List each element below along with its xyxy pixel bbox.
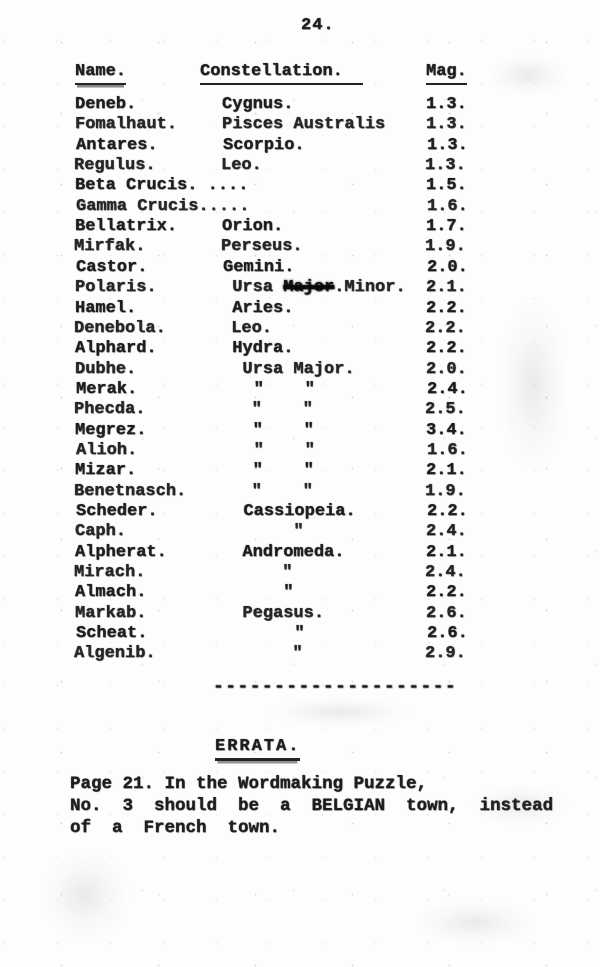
star-name-cell: Almach. xyxy=(75,583,146,602)
magnitude-cell: 1.9. xyxy=(425,237,466,256)
star-name-cell: Alioh. xyxy=(76,441,137,460)
star-name-cell: Mirfak. xyxy=(74,237,145,256)
constellation-cell: Pisces Australis xyxy=(222,115,385,134)
table-row: Denebola. Leo.2.2. xyxy=(0,319,599,340)
star-name-cell: Merak. xyxy=(76,380,137,399)
errata-paragraph: Page 21. In the Wordmaking Puzzle, No. 3… xyxy=(70,773,553,839)
constellation-cell: Scorpio. xyxy=(223,136,305,155)
errata-line: No. 3 should be a BELGIAN town, instead xyxy=(70,795,553,817)
magnitude-cell: 2.2. xyxy=(427,502,468,521)
table-row: Regulus.Leo.1.3. xyxy=(0,156,599,177)
star-name-cell: Megrez. xyxy=(75,421,146,440)
star-name-cell: Algenib. xyxy=(74,644,156,663)
dashed-divider: -------------------- xyxy=(213,677,457,697)
magnitude-cell: 1.7. xyxy=(426,217,467,236)
star-name-cell: Scheder. xyxy=(76,502,158,521)
constellation-cell: " xyxy=(221,644,303,663)
star-name-cell: Scheat. xyxy=(76,624,147,643)
magnitude-cell: 1.5. xyxy=(426,176,467,195)
magnitude-cell: 2.4. xyxy=(426,522,467,541)
star-name-cell: Caph. xyxy=(75,522,126,541)
table-row: Phecda. " "2.5. xyxy=(0,400,599,421)
table-row: Dubhe. Ursa Major.2.0. xyxy=(0,360,600,381)
table-row: Almach. "2.2. xyxy=(0,583,600,604)
constellation-cell: Andromeda. xyxy=(222,543,344,562)
magnitude-cell: 2.1. xyxy=(426,543,467,562)
magnitude-cell: 2.6. xyxy=(427,624,468,643)
table-row: Alioh. " "1.6. xyxy=(1,441,600,462)
table-row: Mirfak.Perseus.1.9. xyxy=(0,237,599,258)
star-name-cell: Denebola. xyxy=(74,319,166,338)
column-header-constellation: Constellation. xyxy=(200,62,363,85)
magnitude-cell: 2.4. xyxy=(427,380,468,399)
table-row: Merak. " "2.4. xyxy=(1,380,600,401)
column-header-mag: Mag. xyxy=(426,62,467,85)
constellation-cell: " " xyxy=(222,421,314,440)
magnitude-cell: 1.6. xyxy=(427,441,468,460)
table-row: Mizar. " "2.1. xyxy=(0,461,600,482)
constellation-cell: Ursa Major.Minor. xyxy=(222,278,406,297)
table-row: Castor.Gemini.2.0. xyxy=(1,258,600,279)
star-name-cell: Bellatrix. xyxy=(75,217,177,236)
constellation-cell: " " xyxy=(221,482,313,501)
table-row: Mirach. "2.4. xyxy=(0,563,599,584)
constellation-cell: Aries. xyxy=(222,299,293,318)
constellation-cell: " xyxy=(221,563,292,582)
magnitude-cell: 1.6. xyxy=(427,197,468,216)
table-row: Alpherat. Andromeda.2.1. xyxy=(0,543,600,564)
star-name-cell: Hamel. xyxy=(75,299,136,318)
star-name-cell: Benetnasch. xyxy=(74,482,186,501)
page-number: 24. xyxy=(301,16,335,35)
star-name-cell: Phecda. xyxy=(74,400,145,419)
table-row: Beta Crucis. ....1.5. xyxy=(0,176,600,197)
magnitude-cell: 1.9. xyxy=(425,482,466,501)
errata-line: Page 21. In the Wordmaking Puzzle, xyxy=(70,773,553,795)
table-row: Algenib. "2.9. xyxy=(0,644,599,665)
table-row: Hamel. Aries.2.2. xyxy=(0,299,600,320)
star-name-cell: Mirach. xyxy=(74,563,145,582)
struck-out-text: Major xyxy=(283,278,334,297)
constellation-cell: Cassiopeia. xyxy=(223,502,356,521)
magnitude-cell: 1.3. xyxy=(426,115,467,134)
table-row: Gamma Crucis.....1.6. xyxy=(1,197,600,218)
table-row: Fomalhaut.Pisces Australis1.3. xyxy=(0,115,600,136)
star-name-cell: Alpherat. xyxy=(75,543,167,562)
table-row: Polaris. Ursa Major.Minor.2.1. xyxy=(0,278,600,299)
constellation-cell: " " xyxy=(223,441,315,460)
table-row: Benetnasch. " "1.9. xyxy=(0,482,599,503)
constellation-cell: " xyxy=(223,624,305,643)
magnitude-cell: 2.2. xyxy=(425,319,466,338)
table-row: Alphard. Hydra.2.2. xyxy=(0,339,600,360)
table-row: Megrez. " "3.4. xyxy=(0,421,600,442)
magnitude-cell: 2.1. xyxy=(426,461,467,480)
constellation-cell: Ursa Major. xyxy=(222,360,355,379)
column-header-name: Name. xyxy=(75,62,126,85)
magnitude-cell: 2.6. xyxy=(426,604,467,623)
magnitude-cell: 2.2. xyxy=(426,583,467,602)
constellation-cell: " xyxy=(222,522,304,541)
star-name-cell: Regulus. xyxy=(74,156,156,175)
constellation-cell: Perseus. xyxy=(221,237,303,256)
star-name-cell: Mizar. xyxy=(75,461,136,480)
star-name-cell: Markab. xyxy=(75,604,146,623)
magnitude-cell: 2.2. xyxy=(426,299,467,318)
star-name-cell: Antares. xyxy=(76,136,158,155)
constellation-cell: Leo. xyxy=(221,156,262,175)
constellation-cell: " xyxy=(222,583,293,602)
constellation-text: .Minor. xyxy=(334,278,405,297)
table-row: Markab. Pegasus.2.6. xyxy=(0,604,600,625)
constellation-cell: " " xyxy=(223,380,315,399)
errata-line: of a French town. xyxy=(70,817,553,839)
table-row: Caph. "2.4. xyxy=(0,522,600,543)
constellation-cell: Orion. xyxy=(222,217,283,236)
magnitude-cell: 1.3. xyxy=(425,156,466,175)
magnitude-cell: 2.4. xyxy=(425,563,466,582)
constellation-cell: " " xyxy=(221,400,313,419)
magnitude-cell: 1.3. xyxy=(426,95,467,114)
scan-smudge xyxy=(40,850,130,940)
constellation-cell: Leo. xyxy=(221,319,272,338)
magnitude-cell: 1.3. xyxy=(427,136,468,155)
magnitude-cell: 3.4. xyxy=(426,421,467,440)
magnitude-cell: 2.5. xyxy=(425,400,466,419)
magnitude-cell: 2.0. xyxy=(427,258,468,277)
scan-smudge xyxy=(415,900,535,945)
constellation-cell: Pegasus. xyxy=(222,604,324,623)
magnitude-cell: 2.1. xyxy=(426,278,467,297)
star-name-cell: Alphard. xyxy=(75,339,157,358)
constellation-cell: Gemini. xyxy=(223,258,294,277)
table-row: Bellatrix.Orion.1.7. xyxy=(0,217,600,238)
star-name-cell: Dubhe. xyxy=(75,360,136,379)
constellation-cell: Hydra. xyxy=(222,339,293,358)
magnitude-cell: 2.0. xyxy=(426,360,467,379)
star-name-cell: Polaris. xyxy=(75,278,157,297)
table-row: Antares.Scorpio.1.3. xyxy=(1,136,600,157)
table-header-row: Name. Constellation. Mag. xyxy=(0,62,600,86)
magnitude-cell: 2.2. xyxy=(426,339,467,358)
table-row: Scheat. "2.6. xyxy=(1,624,600,645)
table-row: Deneb.Cygnus.1.3. xyxy=(0,95,600,116)
star-name-cell: Deneb. xyxy=(75,95,136,114)
constellation-cell: Cygnus. xyxy=(222,95,293,114)
constellation-text: Ursa xyxy=(222,278,283,297)
star-name-cell: Gamma Crucis..... xyxy=(76,197,249,216)
scan-smudge xyxy=(270,698,410,726)
star-name-cell: Fomalhaut. xyxy=(75,115,177,134)
errata-heading: ERRATA. xyxy=(215,737,300,761)
constellation-cell: " " xyxy=(222,461,314,480)
star-name-cell: Castor. xyxy=(76,258,147,277)
table-row: Scheder. Cassiopeia.2.2. xyxy=(1,502,600,523)
scanned-document-page: 24. Name. Constellation. Mag. Deneb.Cygn… xyxy=(0,0,600,967)
magnitude-cell: 2.9. xyxy=(425,644,466,663)
star-name-cell: Beta Crucis. .... xyxy=(75,176,248,195)
